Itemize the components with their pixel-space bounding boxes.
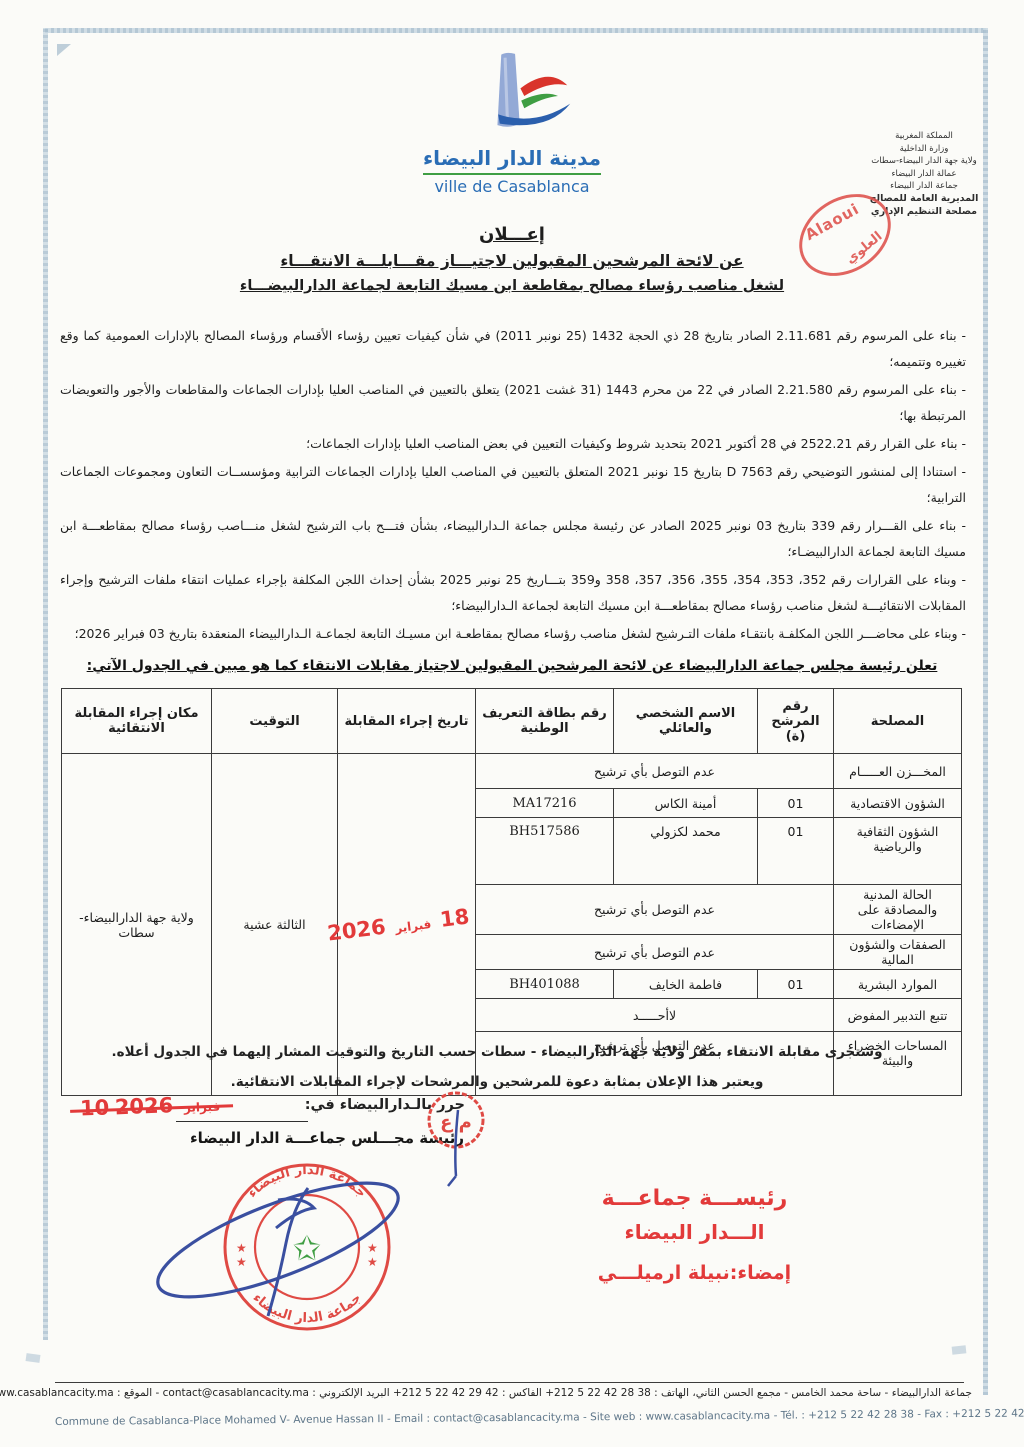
col-header-name: الاسم الشخصي والعائلي (614, 689, 758, 754)
official-line: ولاية جهة الدار البيضاء-سطات (838, 155, 1010, 168)
announce-line: تعلن رئيسة مجلس جماعة الدارالبيضاء عن لا… (0, 658, 1024, 674)
official-line: المملكة المغربية (838, 130, 1010, 143)
city-logo: مدينة الدار البيضاء ville de Casablanca (400, 50, 624, 196)
title-block: إعـــلان عن لائحة المرشحين المقبولين لاج… (0, 224, 1024, 294)
preamble-item: - بناء على القـــرار رقم 339 بتاريخ 03 ن… (60, 513, 966, 565)
candidate-name-cell: أمينة الكاس (614, 789, 758, 818)
president-title-line-1: رئيســـة جماعـــة (572, 1186, 817, 1211)
col-header-date: تاريخ إجراء المقابلة (338, 689, 476, 754)
candidate-number-cell: 01 (758, 789, 834, 818)
title-line-1: عن لائحة المرشحين المقبولين لاجتيـــاز م… (0, 252, 1024, 270)
merged-status-cell: لاأحـــــد (476, 999, 834, 1032)
scan-artifact (952, 1345, 967, 1354)
page-frame-top (45, 28, 986, 33)
table-row: المخـــزن العـــــام عدم التوصل بأي ترشي… (62, 754, 962, 789)
col-header-candidate-number: رقم المرشح (ة) (758, 689, 834, 754)
service-cell: المخـــزن العـــــام (834, 754, 962, 789)
signature-name: إمضاء:نبيلة ارميلـــي (572, 1262, 817, 1284)
footer-arabic: جماعة الدارالبيضاء - ساحة محمد الخامس - … (38, 1387, 972, 1399)
footer-french: Commune de Casablanca-Place Mohamed V- A… (55, 1408, 964, 1428)
service-cell: الحالة المدنية والمصادقة على الإمضاءات (834, 885, 962, 935)
merged-status-cell: عدم التوصل بأي ترشيح (476, 754, 834, 789)
page-title: إعـــلان (0, 224, 1024, 245)
official-line: عمالة الدار البيضاء (838, 168, 1010, 181)
official-line: جماعة الدار البيضاء (838, 180, 1010, 193)
service-cell: الشؤون الثقافية والرياضية (834, 818, 962, 885)
service-cell: الموارد البشرية (834, 970, 962, 999)
page-frame-corner-motif (57, 44, 71, 56)
president-red-text: رئيســـة جماعـــة الـــدار البيضاء إمضاء… (572, 1186, 817, 1284)
candidates-table: المصلحة رقم المرشح (ة) الاسم الشخصي والع… (61, 688, 962, 1096)
post-table-note-1: وستجرى مقابلة الانتقاء بمقر ولاية جهة ال… (0, 1044, 994, 1060)
preamble-item: - وبناء على محاضـــر اللجن المكلفـة بانت… (60, 621, 966, 647)
footer-separator (55, 1382, 964, 1383)
title-line-2: لشغل مناصب رؤساء مصالح بمقاطعة ابن مسيك … (0, 278, 1024, 294)
col-header-cin: رقم بطاقة التعريف الوطنية (476, 689, 614, 754)
candidate-name-cell: فاطمة الخايف (614, 970, 758, 999)
preamble: - بناء على المرسوم رقم 2.11.681 الصادر ب… (60, 323, 966, 649)
candidate-number-cell: 01 (758, 970, 834, 999)
issued-date-stamp: 10 فبراير 2026 (80, 1091, 226, 1120)
cin-cell: BH517586 (476, 818, 614, 885)
date-stamp: 18 فبراير 2026 (326, 904, 471, 945)
service-cell: تتبع التدبير المفوض (834, 999, 962, 1032)
logo-title-arabic: مدينة الدار البيضاء (423, 146, 601, 175)
service-cell: الشؤون الاقتصادية (834, 789, 962, 818)
preamble-item: - بناء على المرسوم رقم 2.11.681 الصادر ب… (60, 323, 966, 375)
col-header-service: المصلحة (834, 689, 962, 754)
preamble-item: - بناء على القرار رقم 2522.21 في 28 أكتو… (60, 431, 966, 457)
issued-date-line (176, 1121, 308, 1122)
signature-icon (118, 1148, 438, 1348)
candidate-number-cell: 01 (758, 818, 834, 885)
preamble-item: - استنادا إلى لمنشور التوضيحي رقم D 7563… (60, 459, 966, 511)
post-table-note-2: ويعتبر هذا الإعلان بمثابة دعوة للمرشحين … (0, 1074, 994, 1090)
cin-cell: BH401088 (476, 970, 614, 999)
cin-cell: MA17216 (476, 789, 614, 818)
col-header-time: التوقيت (212, 689, 338, 754)
table-header-row: المصلحة رقم المرشح (ة) الاسم الشخصي والع… (62, 689, 962, 754)
scan-artifact (26, 1353, 41, 1363)
service-cell: الصفقات والشؤون المالية (834, 935, 962, 970)
preamble-item: - وبناء على القرارات رقم 352، 353، 354، … (60, 567, 966, 619)
merged-status-cell: عدم التوصل بأي ترشيح (476, 935, 834, 970)
president-title-line-2: الـــدار البيضاء (572, 1220, 817, 1244)
logo-title-french: ville de Casablanca (400, 177, 624, 196)
preamble-item: - بناء على المرسوم رقم 2.21.580 الصادر ف… (60, 377, 966, 429)
merged-status-cell: عدم التوصل بأي ترشيح (476, 885, 834, 935)
logo-tower-icon (427, 50, 597, 142)
candidate-name-cell: محمد لكزولي (614, 818, 758, 885)
col-header-place: مكان إجراء المقابلة الانتقائية (62, 689, 212, 754)
official-line: وزارة الداخلية (838, 143, 1010, 156)
